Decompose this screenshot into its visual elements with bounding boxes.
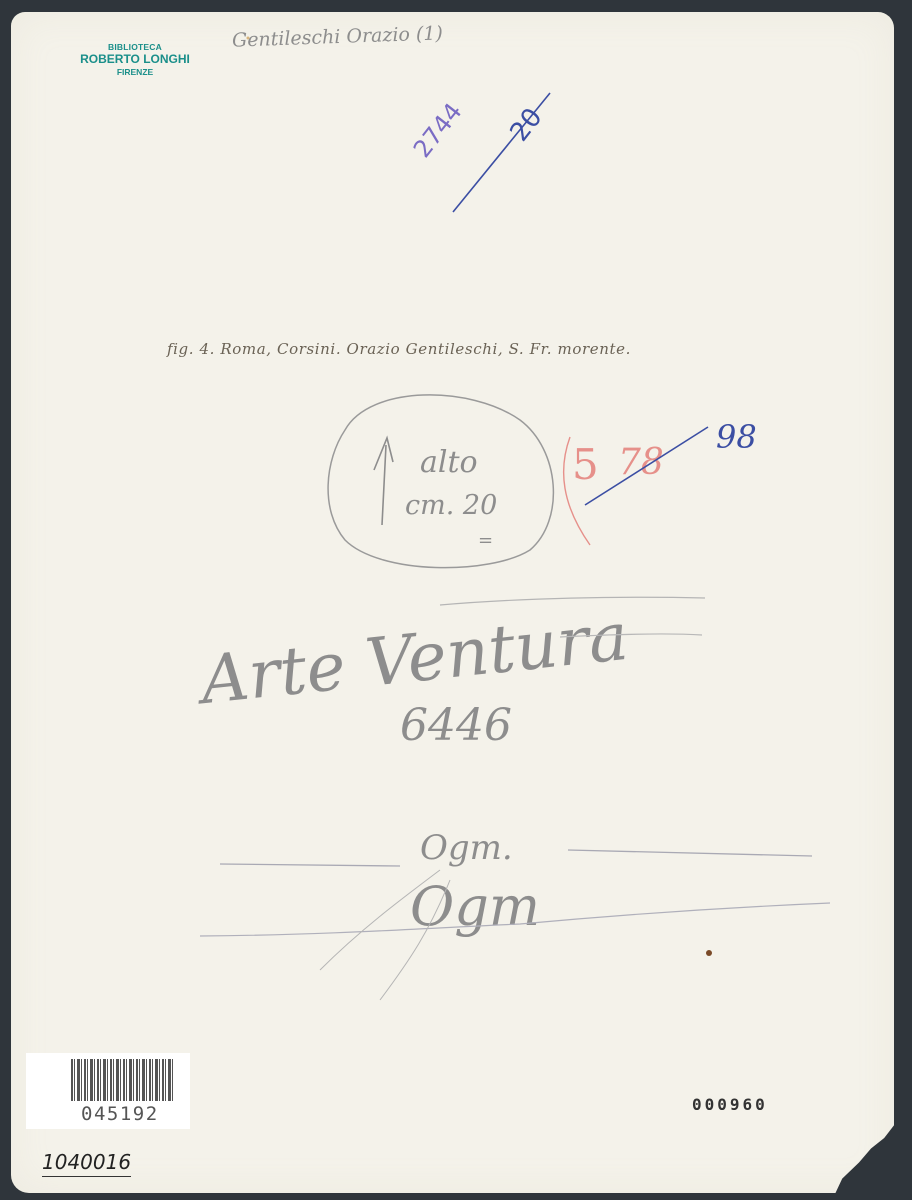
shelfmark: 1040016 bbox=[42, 1150, 131, 1177]
signature-bottom: Ogm bbox=[410, 875, 540, 938]
red-number-value: 78 bbox=[618, 442, 664, 483]
barcode-icon bbox=[71, 1059, 175, 1101]
torn-corner bbox=[835, 1124, 895, 1194]
stamp-line-2: ROBERTO LONGHI bbox=[65, 52, 205, 66]
barcode-number: 045192 bbox=[81, 1103, 159, 1125]
stamped-number: 000960 bbox=[692, 1095, 768, 1114]
library-stamp: BIBLIOTECA ROBERTO LONGHI FIRENZE bbox=[65, 42, 205, 77]
blue-correction: 98 bbox=[716, 418, 757, 456]
signature-top: Ogm. bbox=[420, 828, 513, 868]
size-note-mark: = bbox=[478, 530, 493, 551]
photo-verso-card bbox=[11, 12, 894, 1193]
red-number-prefix: 5 bbox=[572, 440, 599, 489]
pencil-number: 6446 bbox=[400, 700, 512, 751]
stamp-line-1: BIBLIOTECA bbox=[65, 42, 205, 52]
barcode-label: 045192 bbox=[26, 1053, 190, 1129]
size-note-cm: cm. 20 bbox=[405, 490, 497, 521]
size-note-alto: alto bbox=[420, 445, 478, 480]
figure-caption: fig. 4. Roma, Corsini. Orazio Gentilesch… bbox=[167, 340, 631, 358]
stamp-line-3: FIRENZE bbox=[65, 67, 205, 77]
